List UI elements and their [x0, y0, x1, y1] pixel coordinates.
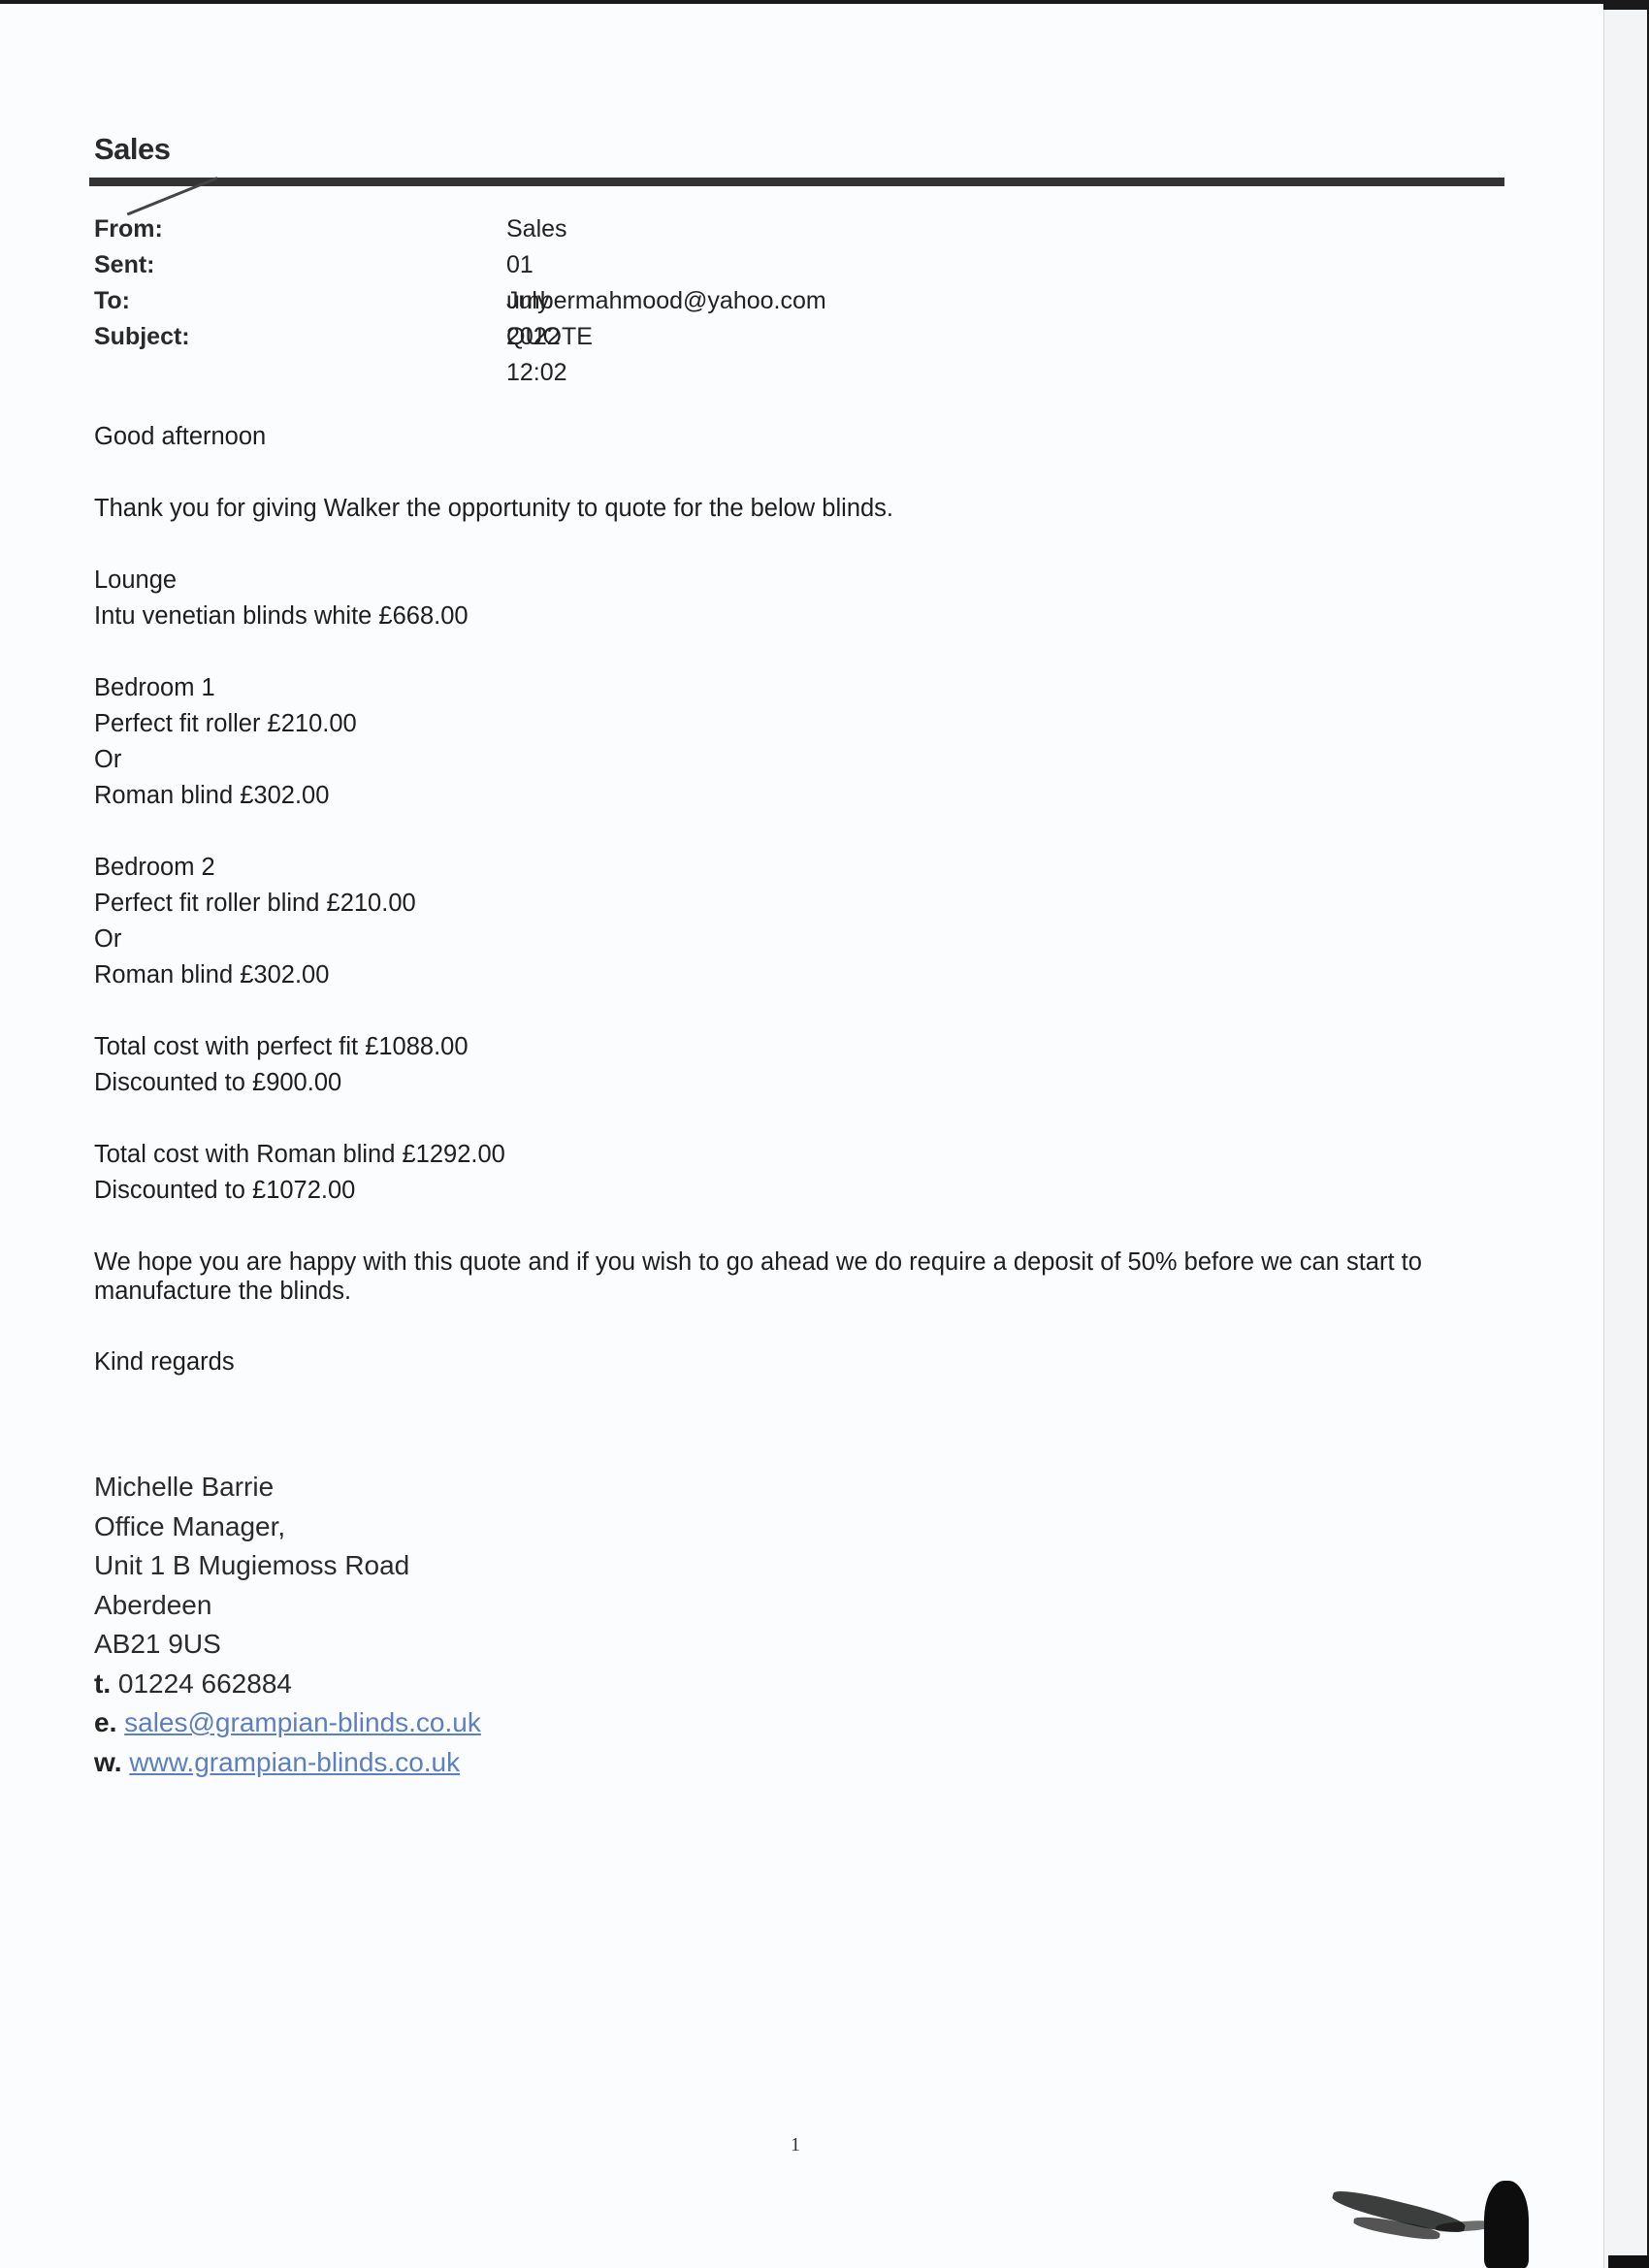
- bedroom2-heading: Bedroom 2: [94, 850, 1510, 886]
- spacer: [94, 1101, 1510, 1137]
- email-body: Good afternoon Thank you for giving Walk…: [94, 419, 1510, 1380]
- document-title: Sales: [94, 132, 171, 167]
- spacer: [94, 814, 1510, 850]
- bedroom2-or: Or: [94, 922, 1510, 957]
- subject-label: Subject:: [94, 319, 190, 355]
- signature-role: Office Manager,: [94, 1507, 481, 1547]
- discount-perfect-fit: Discounted to £900.00: [94, 1065, 1510, 1101]
- greeting: Good afternoon: [94, 419, 1510, 455]
- bedroom1-option-2: Roman blind £302.00: [94, 778, 1510, 814]
- to-value: umbermahmood@yahoo.com: [506, 283, 826, 319]
- intro-text: Thank you for giving Walker the opportun…: [94, 491, 1510, 527]
- page-number: 1: [791, 2134, 800, 2156]
- spacer: [94, 1209, 1510, 1245]
- subject-value: QUOTE: [506, 319, 593, 355]
- website-link[interactable]: www.grampian-blinds.co.uk: [129, 1747, 460, 1777]
- scan-edge-strip: [1603, 10, 1647, 2268]
- email-link[interactable]: sales@grampian-blinds.co.uk: [124, 1707, 481, 1737]
- bedroom2-option-1: Perfect fit roller blind £210.00: [94, 886, 1510, 922]
- sent-label: Sent:: [94, 247, 155, 283]
- web-prefix: w.: [94, 1747, 122, 1777]
- header-rule: [89, 178, 1504, 186]
- signature-web-line: w. www.grampian-blinds.co.uk: [94, 1743, 481, 1783]
- phone-prefix: t.: [94, 1669, 111, 1699]
- bedroom1-or: Or: [94, 742, 1510, 778]
- spacer: [94, 527, 1510, 563]
- from-value: Sales: [506, 211, 567, 247]
- spacer: [94, 634, 1510, 670]
- signature-postcode: AB21 9US: [94, 1625, 481, 1665]
- from-label: From:: [94, 211, 163, 247]
- bedroom2-option-2: Roman blind £302.00: [94, 957, 1510, 993]
- signature-city: Aberdeen: [94, 1586, 481, 1626]
- lounge-item: Intu venetian blinds white £668.00: [94, 599, 1510, 634]
- spacer: [94, 993, 1510, 1029]
- phone-number: 01224 662884: [118, 1669, 292, 1699]
- lounge-heading: Lounge: [94, 563, 1510, 599]
- total-roman: Total cost with Roman blind £1292.00: [94, 1137, 1510, 1173]
- signature-block: Michelle Barrie Office Manager, Unit 1 B…: [94, 1468, 481, 1782]
- to-label: To:: [94, 283, 130, 319]
- scan-edge-shadow: [1608, 2255, 1649, 2268]
- bedroom1-heading: Bedroom 1: [94, 670, 1510, 706]
- bedroom1-option-1: Perfect fit roller £210.00: [94, 706, 1510, 742]
- email-prefix: e.: [94, 1707, 116, 1737]
- spacer: [94, 1306, 1510, 1345]
- signature-email-line: e. sales@grampian-blinds.co.uk: [94, 1703, 481, 1743]
- total-perfect-fit: Total cost with perfect fit £1088.00: [94, 1029, 1510, 1065]
- deposit-note: We hope you are happy with this quote an…: [94, 1245, 1510, 1306]
- signature-address: Unit 1 B Mugiemoss Road: [94, 1546, 481, 1586]
- spacer: [94, 455, 1510, 491]
- discount-roman: Discounted to £1072.00: [94, 1173, 1510, 1209]
- closing: Kind regards: [94, 1345, 1510, 1380]
- signature-phone-line: t. 01224 662884: [94, 1665, 481, 1704]
- signature-name: Michelle Barrie: [94, 1468, 481, 1507]
